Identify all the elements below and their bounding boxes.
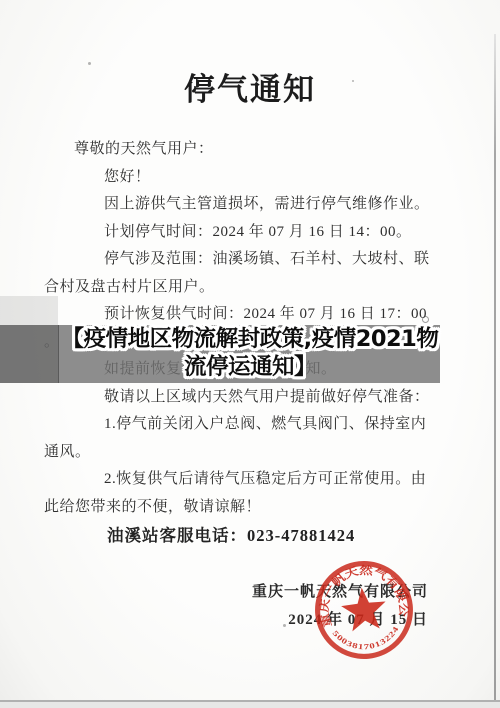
caption-overlay-text: 【疫情地区物流解封政策,疫情2021物 流停运通知】 — [0, 325, 500, 381]
caption-line-2: 流停运通知】 — [0, 353, 500, 381]
notice-photo: 停气通知 尊敬的天然气用户： 您好！ 因上游供气主管道损坏，需进行停气维修作业。… — [0, 0, 500, 708]
dust-speck — [352, 80, 354, 82]
reason-line: 因上游供气主管道损坏，需进行停气维修作业。 — [44, 191, 436, 219]
hello-line: 您好！ — [44, 164, 436, 192]
caption-line-1: 【疫情地区物流解封政策,疫情2021物 — [0, 325, 500, 353]
outage-time-line: 计划停气时间：2024 年 07 月 16 日 14：00。 — [44, 219, 436, 247]
photo-bottom-margin — [0, 702, 500, 708]
small-circle-mark — [422, 316, 429, 323]
greeting-line: 尊敬的天然气用户： — [44, 136, 436, 164]
tip-2-line: 2.恢复供气后请待气压稳定后方可正常使用。由此给您带来的不便，敬请谅解！ — [44, 466, 436, 521]
affected-area-line: 停气涉及范围：油溪场镇、石羊村、大坡村、联合村及盘古村片区用户。 — [44, 246, 436, 301]
dust-speck — [88, 62, 91, 65]
paper-right-edge — [494, 34, 496, 702]
signature-date: 2024 年 07 月 15 日 — [252, 607, 428, 635]
preparation-line: 敬请以上区域内天然气用户提前做好停气准备： — [44, 384, 436, 412]
paper-edge-shadow — [0, 296, 58, 325]
customer-service-phone: 油溪站客服电话：023-47881424 — [107, 522, 355, 546]
dust-speck — [283, 624, 286, 627]
notice-title: 停气通知 — [0, 64, 500, 109]
tip-1-line: 1.停气前关闭入户总阀、燃气具阀门、保持室内通风。 — [44, 411, 436, 466]
signature-block: 重庆一帆天然气有限公司 2024 年 07 月 15 日 — [252, 579, 428, 634]
company-name: 重庆一帆天然气有限公司 — [252, 579, 428, 607]
